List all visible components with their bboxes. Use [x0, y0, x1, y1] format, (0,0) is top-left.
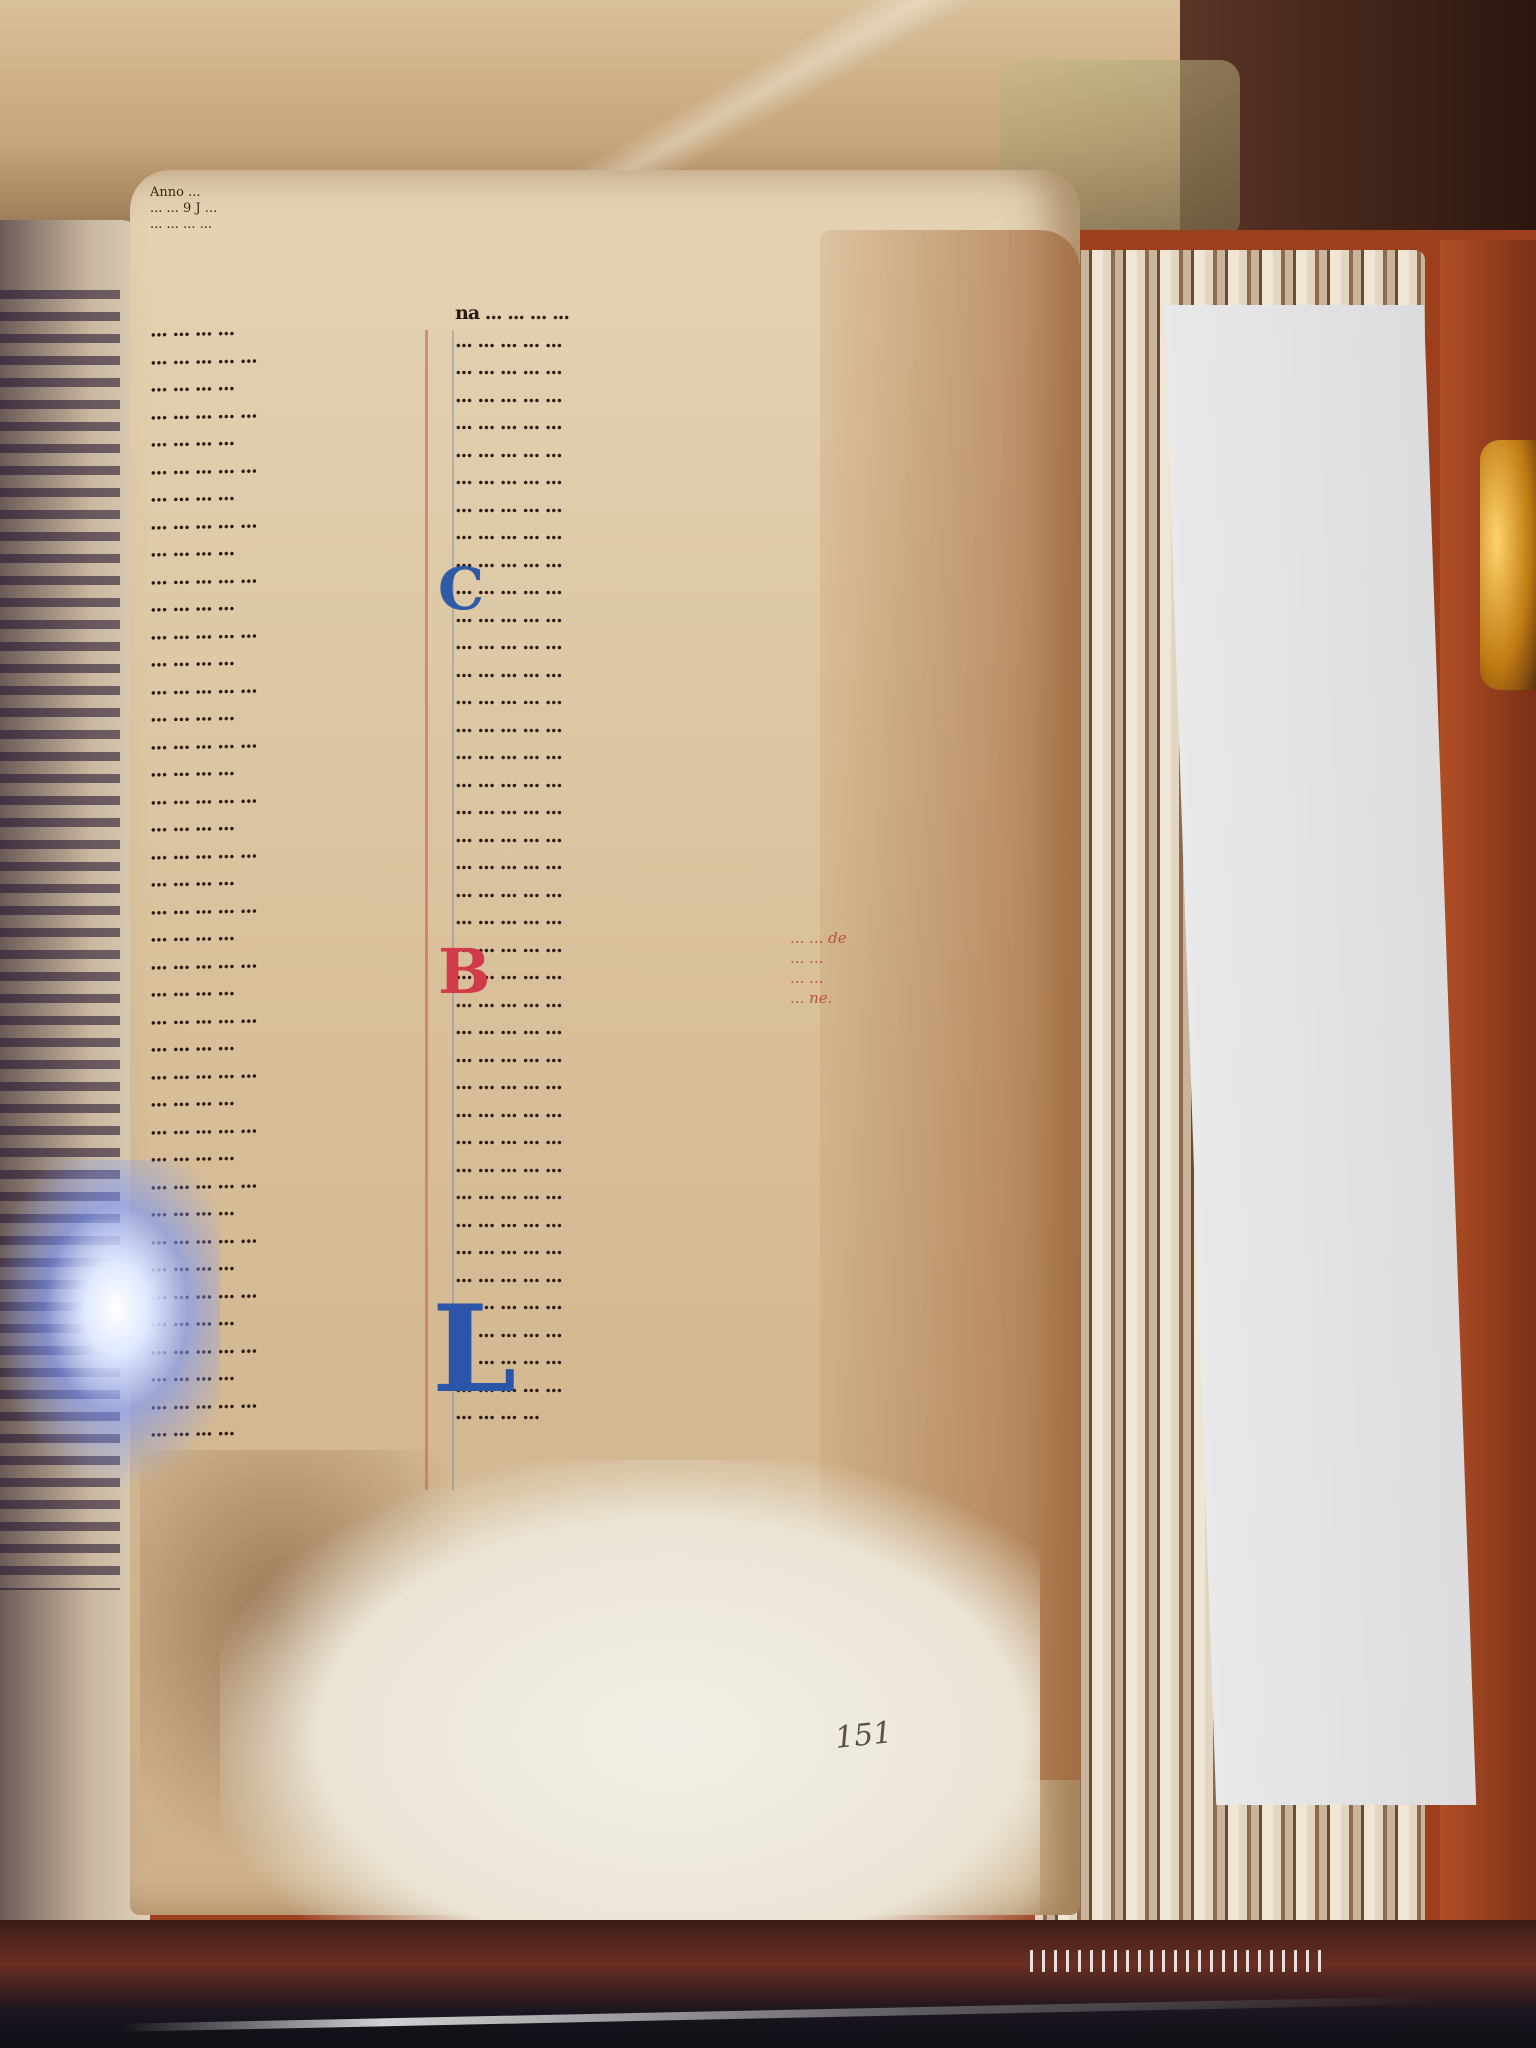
text-line: ... ... ... ... ...	[455, 960, 845, 988]
text-line: ... ... ... ... ...	[455, 1015, 845, 1043]
display-base-reflection	[1030, 1950, 1330, 1972]
text-line: ... ... ... ... ...	[455, 933, 845, 961]
text-line: na ... ... ... ...	[455, 300, 845, 328]
text-line: ... ... ... ... ...	[455, 603, 845, 631]
initial-c: C	[438, 555, 484, 623]
text-line: ... ... ... ... ...	[455, 713, 845, 741]
text-line: ... ... ... ... ...	[455, 823, 845, 851]
text-line: ... ... ... ... ...	[455, 1098, 845, 1126]
text-line: ... ... ... ... ...	[455, 355, 845, 383]
margin-line: ... ne.	[790, 988, 930, 1008]
text-line: ... ... ... ... ...	[455, 740, 845, 768]
text-line: ... ... ... ... ...	[455, 905, 845, 933]
camera-flash-glare	[0, 1160, 220, 1490]
text-line: ... ... ... ... ...	[455, 1235, 845, 1263]
margin-note: ... ... de ... ... ... ... ... ne.	[790, 928, 930, 1008]
page-water-damage	[220, 1460, 1040, 1920]
header-line: Anno ...	[150, 185, 710, 201]
margin-line: ... ...	[790, 968, 930, 988]
paper-insert	[1164, 305, 1476, 1805]
text-line: ... ... ... ... ...	[455, 988, 845, 1016]
header-line: ... ... 9 J ...	[150, 201, 710, 217]
text-line: ... ... ... ... ...	[455, 410, 845, 438]
text-line: ... ... ... ... ...	[455, 575, 845, 603]
text-line: ... ... ... ... ...	[455, 520, 845, 548]
text-line: ... ... ... ... ...	[455, 1153, 845, 1181]
margin-line: ... ...	[790, 948, 930, 968]
text-line: ... ... ... ... ...	[455, 630, 845, 658]
folio-number: 151	[833, 1715, 894, 1756]
text-line: ... ... ... ... ...	[455, 1070, 845, 1098]
initial-l: L	[432, 1290, 516, 1410]
text-line: ... ... ... ... ...	[455, 493, 845, 521]
text-line: ... ... ... ... ...	[455, 438, 845, 466]
margin-line: ... ... de	[790, 928, 930, 948]
text-line: ... ... ... ... ...	[455, 1208, 845, 1236]
text-line: ... ... ... ... ...	[455, 850, 845, 878]
text-line: ... ... ... ... ...	[455, 795, 845, 823]
text-line: ... ... ... ... ...	[455, 685, 845, 713]
header-line: ... ... ... ...	[150, 217, 710, 233]
gold-ornament	[1480, 440, 1536, 690]
initial-b: B	[438, 935, 490, 1008]
text-line: ... ... ... ... ...	[455, 768, 845, 796]
text-line: ... ... ... ... ...	[455, 548, 845, 576]
header-annotation: Anno ... ... ... 9 J ... ... ... ... ...	[150, 185, 710, 295]
text-line: ... ... ... ... ...	[455, 878, 845, 906]
text-line: ... ... ... ... ...	[455, 1180, 845, 1208]
text-line: ... ... ... ... ...	[455, 383, 845, 411]
text-line: ... ... ... ... ...	[455, 465, 845, 493]
text-line: ... ... ... ... ...	[455, 328, 845, 356]
text-line: ... ... ... ... ...	[455, 1043, 845, 1071]
text-line: ... ... ... ... ...	[455, 1125, 845, 1153]
text-line: ... ... ... ... ...	[455, 658, 845, 686]
